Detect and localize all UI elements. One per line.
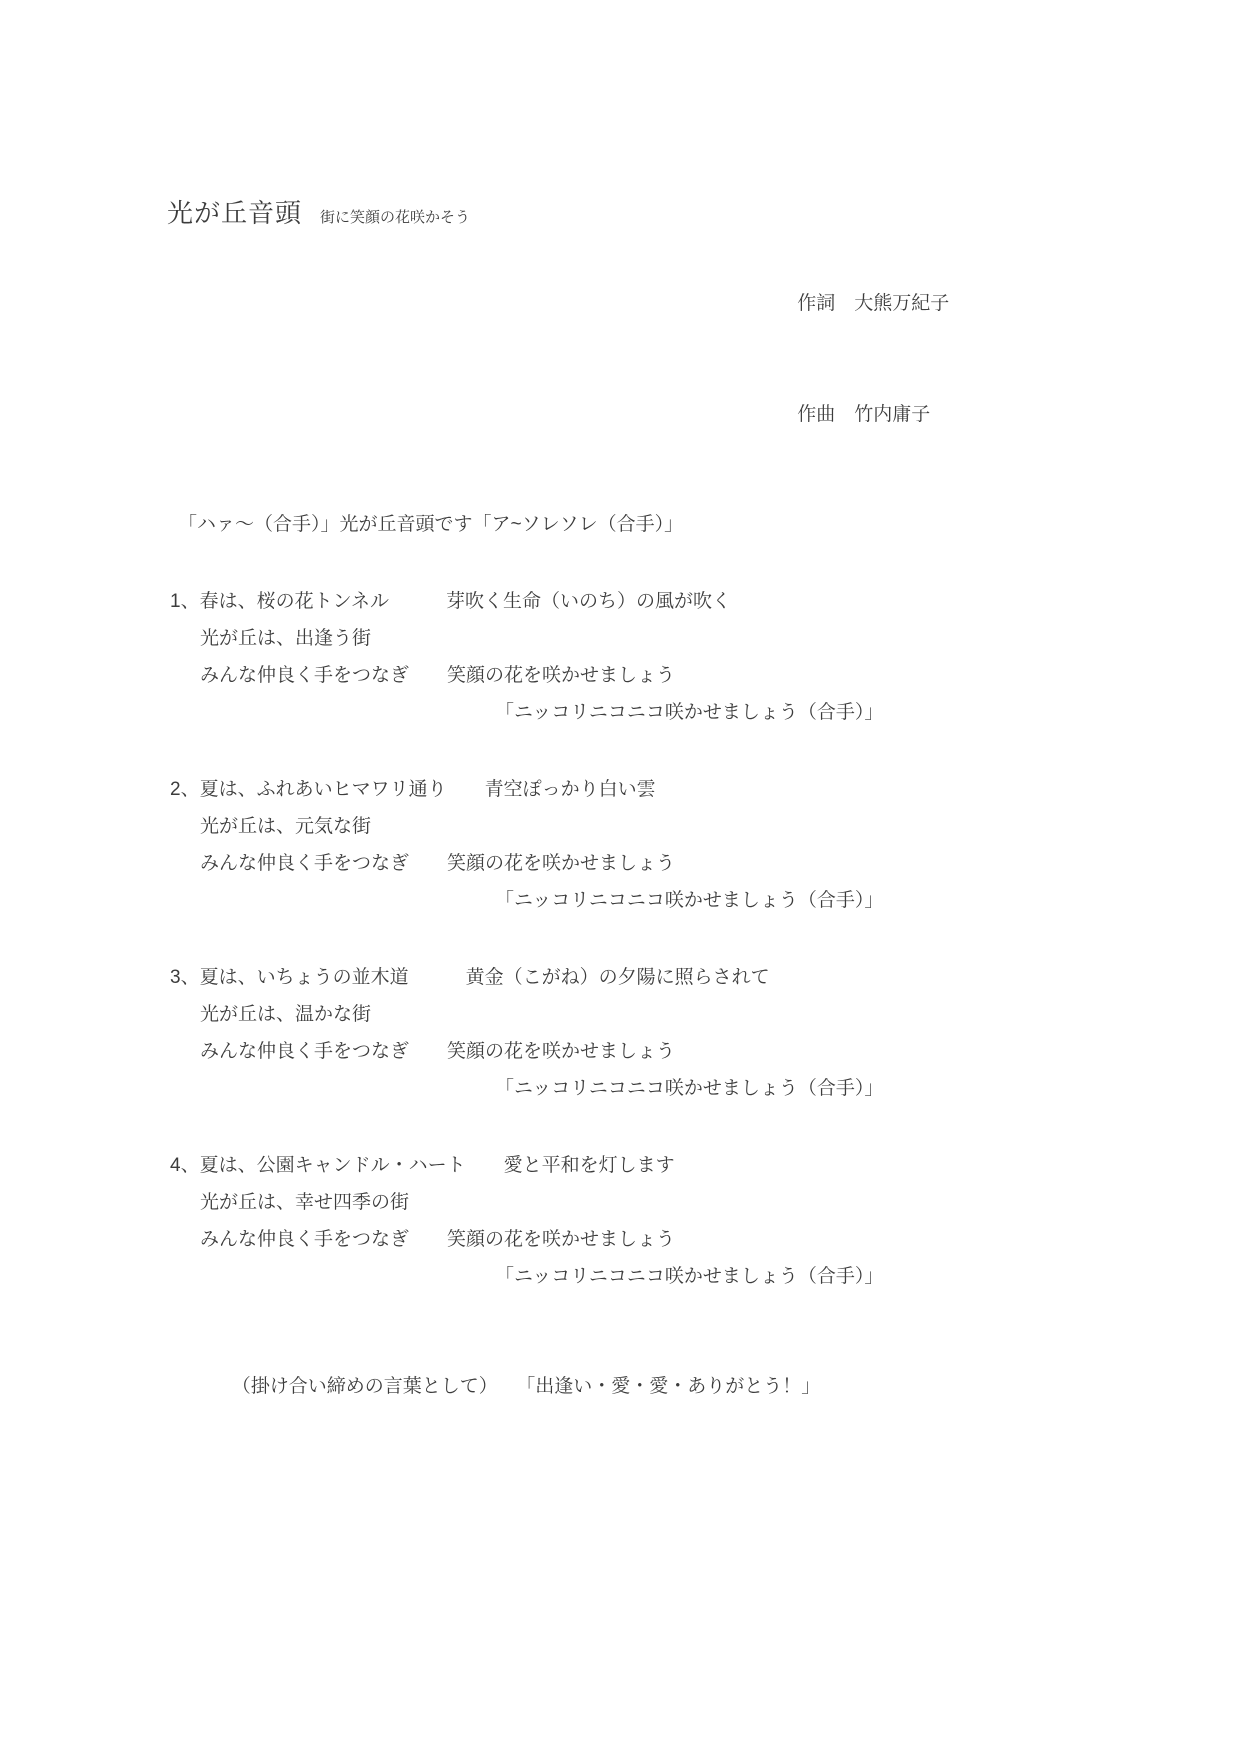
lyrics-sheet: 光が丘音頭 街に笑顔の花咲かそう 作詞大熊万紀子 作曲竹内庸子 「ハァ～（合手）… [0, 0, 1240, 1442]
credits: 作詞大熊万紀子 作曲竹内庸子 [755, 248, 1180, 470]
closing-line: （掛け合い締めの言葉として）「出逢い・愛・愛・ありがとう！」 [200, 1331, 1180, 1442]
verse-1: 1、春は、桜の花トンネル 芽吹く生命（いのち）の風が吹く 光が丘は、出逢う街 み… [170, 583, 1180, 731]
credit-role: 作曲 [797, 404, 835, 425]
verse-line-2: 光が丘は、元気な街 [200, 808, 1180, 845]
refrain-line: 「ニッコリニコニコ咲かせましょう（合手）」 [495, 1070, 1180, 1107]
verse-line-2: 光が丘は、出逢う街 [200, 620, 1180, 657]
verse-number: 3、 [170, 967, 200, 988]
credit-lyricist: 作詞大熊万紀子 [755, 248, 1180, 359]
refrain-line: 「ニッコリニコニコ咲かせましょう（合手）」 [495, 1258, 1180, 1295]
verse-text: 夏は、公園キャンドル・ハート 愛と平和を灯します [200, 1155, 675, 1176]
closing-quote: 「出逢い・愛・愛・ありがとう！」 [526, 1376, 821, 1397]
verse-3: 3、夏は、いちょうの並木道 黄金（こがね）の夕陽に照らされて 光が丘は、温かな街… [170, 959, 1180, 1107]
verse-line-1: 1、春は、桜の花トンネル 芽吹く生命（いのち）の風が吹く [170, 583, 1180, 620]
verse-line-3: みんな仲良く手をつなぎ 笑顔の花を咲かせましょう [200, 845, 1180, 882]
document-page: 光が丘音頭 街に笑顔の花咲かそう 作詞大熊万紀子 作曲竹内庸子 「ハァ～（合手）… [0, 0, 1240, 1753]
verse-number: 1、 [170, 591, 200, 612]
verse-line-3: みんな仲良く手をつなぎ 笑顔の花を咲かせましょう [200, 1033, 1180, 1070]
verse-line-2: 光が丘は、幸せ四季の街 [200, 1184, 1180, 1221]
refrain-line: 「ニッコリニコニコ咲かせましょう（合手）」 [495, 882, 1180, 919]
title-row: 光が丘音頭 街に笑顔の花咲かそう [167, 197, 1180, 234]
verse-line-3: みんな仲良く手をつなぎ 笑顔の花を咲かせましょう [200, 1221, 1180, 1258]
verse-line-1: 2、夏は、ふれあいヒマワリ通り 青空ぽっかり白い雲 [170, 771, 1180, 808]
verse-number: 4、 [170, 1155, 200, 1176]
credit-role: 作詞 [797, 293, 835, 314]
verse-4: 4、夏は、公園キャンドル・ハート 愛と平和を灯します 光が丘は、幸せ四季の街 み… [170, 1147, 1180, 1295]
verse-line-1: 3、夏は、いちょうの並木道 黄金（こがね）の夕陽に照らされて [170, 959, 1180, 996]
closing-note: （掛け合い締めの言葉として） [232, 1376, 498, 1397]
credit-composer: 作曲竹内庸子 [755, 359, 1180, 470]
page-subtitle: 街に笑顔の花咲かそう [320, 202, 470, 234]
call-line: 「ハァ～（合手）」光が丘音頭です「ア~ソレソレ（合手）」 [178, 506, 1180, 543]
credit-name: 大熊万紀子 [854, 293, 949, 314]
verse-number: 2、 [170, 779, 200, 800]
verse-line-1: 4、夏は、公園キャンドル・ハート 愛と平和を灯します [170, 1147, 1180, 1184]
verse-line-3: みんな仲良く手をつなぎ 笑顔の花を咲かせましょう [200, 657, 1180, 694]
verse-2: 2、夏は、ふれあいヒマワリ通り 青空ぽっかり白い雲 光が丘は、元気な街 みんな仲… [170, 771, 1180, 919]
verse-text: 春は、桜の花トンネル 芽吹く生命（いのち）の風が吹く [200, 591, 731, 612]
verse-text: 夏は、いちょうの並木道 黄金（こがね）の夕陽に照らされて [200, 967, 770, 988]
page-title: 光が丘音頭 [167, 197, 302, 229]
credit-name: 竹内庸子 [854, 404, 930, 425]
verse-text: 夏は、ふれあいヒマワリ通り 青空ぽっかり白い雲 [200, 779, 656, 800]
verse-line-2: 光が丘は、温かな街 [200, 996, 1180, 1033]
refrain-line: 「ニッコリニコニコ咲かせましょう（合手）」 [495, 694, 1180, 731]
